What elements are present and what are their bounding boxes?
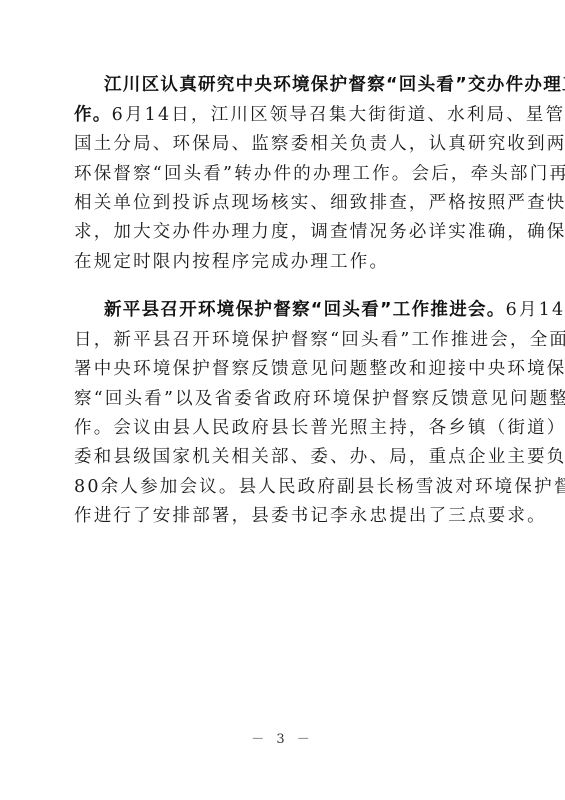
paragraph-line: 作。会议由县人民政府县长普光照主持，各乡镇（街道）以及县: [74, 416, 494, 440]
paragraph-line: 80余人参加会议。县人民政府副县长杨雪波对环境保护督察工: [74, 475, 494, 499]
paragraph-line: 署中央环境保护督察反馈意见问题整改和迎接中央环境保护督: [74, 357, 494, 381]
paragraph-line: 察“回头看”以及省委省政府环境保护督察反馈意见问题整改工: [74, 387, 494, 411]
paragraph-line: 作。6月14日，江川区领导召集大街街道、水利局、星管局、: [74, 103, 494, 127]
paragraph-heading: 作。: [74, 105, 112, 125]
paragraph-line: 求，加大交办件办理力度，调查情况务必详实准确，确保交办件: [74, 220, 494, 244]
page-number: － 3 －: [0, 728, 565, 747]
paragraph-line: 环保督察“回头看”转办件的办理工作。会后，牵头部门再次组织: [74, 162, 494, 186]
paragraph-line: 委和县级国家机关相关部、委、办、局，重点企业主要负责人共: [74, 445, 494, 469]
paragraph-line: 国土分局、环保局、监察委相关负责人，认真研究收到两件中央: [74, 132, 494, 156]
paragraph-line: 日，新平县召开环境保护督察“回头看”工作推进会，全面安排部: [74, 328, 494, 352]
paragraph-heading: 江川区认真研究中央环境保护督察“回头看”交办件办理工: [104, 75, 565, 95]
paragraph-line: 新平县召开环境保护督察“回头看”工作推进会。6月14: [104, 298, 494, 322]
paragraph-line: 相关单位到投诉点现场核实、细致排查，严格按照严查快办的要: [74, 191, 494, 215]
paragraph-line: 在规定时限内按程序完成办理工作。: [74, 250, 494, 274]
paragraph-line: 作进行了安排部署，县委书记李永忠提出了三点要求。: [74, 504, 494, 528]
paragraph-line: 江川区认真研究中央环境保护督察“回头看”交办件办理工: [104, 73, 494, 97]
document-page: 江川区认真研究中央环境保护督察“回头看”交办件办理工 作。6月14日，江川区领导…: [0, 0, 565, 800]
paragraph-heading: 新平县召开环境保护督察“回头看”工作推进会。: [104, 300, 506, 320]
